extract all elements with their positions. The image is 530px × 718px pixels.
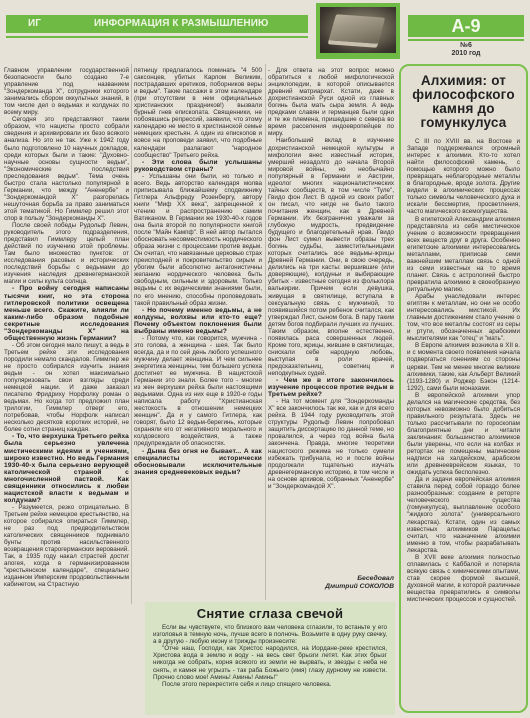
article-column-1: Главном управлении государственной безоп…: [4, 67, 129, 588]
page-number-rule: [408, 39, 524, 41]
article-signature: Беседовал Дмитрий СОКОЛОВ: [268, 575, 394, 591]
interview-question: - Но почему именно ведьмы, а не колдуны,…: [134, 307, 262, 335]
article-column-2: пятницу предлагалось поминать "4 500 сак…: [134, 67, 262, 476]
alchemy-paragraph: В Европе алхимия возникла в XII в. и с м…: [407, 342, 520, 391]
article-paragraph: - Об этом сегодня мало пишут, а ведь в Т…: [4, 342, 129, 434]
interview-question: - Про войну сегодня написаны тысячи книг…: [4, 285, 129, 341]
column-divider: [131, 64, 132, 604]
article-paragraph: Наибольший вклад в изучение дохристианск…: [268, 137, 394, 377]
article-paragraph: - Услышаны они были, но только и всего. …: [134, 173, 262, 307]
column-divider: [265, 64, 266, 600]
header-rule: [6, 36, 308, 38]
candle-box-text: Если вы чувствуете, что близкого вам чел…: [145, 624, 395, 688]
issue-info: №6 2010 год: [408, 42, 524, 58]
interview-question: - Эти слова были услышаны руководством с…: [134, 159, 262, 173]
alchemy-paragraph: С III по XVIII вв. на Востоке и Западе п…: [407, 138, 520, 216]
candle-paragraph: "Отче наш, Господи, как Христос народилс…: [153, 645, 387, 680]
article-paragraph: - Для ответа на этот вопрос можно обрати…: [268, 67, 394, 137]
signature-label: Беседовал: [268, 575, 394, 583]
article-paragraph: пятницу предлагалось поминать "4 500 сак…: [134, 67, 262, 159]
article-paragraph: - Разумеется, резко отрицательно. В Трет…: [4, 504, 129, 589]
newspaper-page: ИГ ИНФОРМАЦИЯ К РАЗМЫШЛЕНИЮ А-9 №6 2010 …: [0, 0, 530, 718]
candle-ritual-box: Снятие сглаза свечой Если вы чувствуете,…: [145, 602, 395, 715]
alchemy-title: Алхимия: от философского камня до гомунк…: [403, 74, 524, 130]
alchemy-paragraph: Арабы унаследовали интерес египтян к мет…: [407, 293, 520, 342]
article-paragraph: После своей победы Рудольф Левин, руково…: [4, 222, 129, 285]
alchemy-paragraph: В египетской Александрии алхимия предста…: [407, 216, 520, 294]
section-header-bar: ИГ ИНФОРМАЦИЯ К РАЗМЫШЛЕНИЮ: [6, 15, 308, 33]
article-column-3: - Для ответа на этот вопрос можно обрати…: [268, 67, 394, 490]
candle-box-title: Снятие сглаза свечой: [145, 606, 395, 621]
issue-year: 2010 год: [408, 50, 524, 58]
header-photo-frame: [316, 3, 400, 59]
interview-question: - Чем же в итоге закончилось изучение пр…: [268, 377, 394, 398]
article-paragraph: Сегодня это представляют таким образом, …: [4, 116, 129, 222]
signature-author: Дмитрий СОКОЛОВ: [268, 583, 394, 591]
book-shape: [329, 14, 385, 43]
candle-paragraph: Если вы чувствуете, что близкого вам чел…: [153, 624, 387, 645]
candle-paragraph: После этого перекрестите себя и лицо спя…: [153, 681, 387, 688]
alchemy-paragraph: Да и задачи европейская алхимия ставила …: [407, 476, 520, 554]
article-paragraph: Главном управлении государственной безоп…: [4, 67, 129, 116]
section-title: ИНФОРМАЦИЯ К РАЗМЫШЛЕНИЮ: [94, 15, 268, 33]
issue-number: №6: [408, 42, 524, 50]
article-paragraph: - На тот момент для "Зондеркоманды Х" вс…: [268, 398, 394, 490]
interview-question: - То, что верхушка Третьего рейха была с…: [4, 433, 129, 503]
alchemy-paragraph: В европейской алхимии упор делался на ма…: [407, 392, 520, 477]
page-number-box: А-9: [408, 15, 524, 37]
article-paragraph: - Потому что, как говорится, мужчина - э…: [134, 335, 262, 448]
interview-question: - Дыма без огня не бывает... А как специ…: [134, 448, 262, 476]
alchemy-sidebar-box: Алхимия: от философского камня до гомунк…: [399, 64, 528, 713]
alchemy-paragraph: В XVII веке алхимия полностью сплавилась…: [407, 554, 520, 603]
alchemy-text: С III по XVIII вв. на Востоке и Западе п…: [401, 138, 526, 603]
book-photo-icon: [320, 7, 396, 53]
publication-tag: ИГ: [28, 15, 41, 33]
